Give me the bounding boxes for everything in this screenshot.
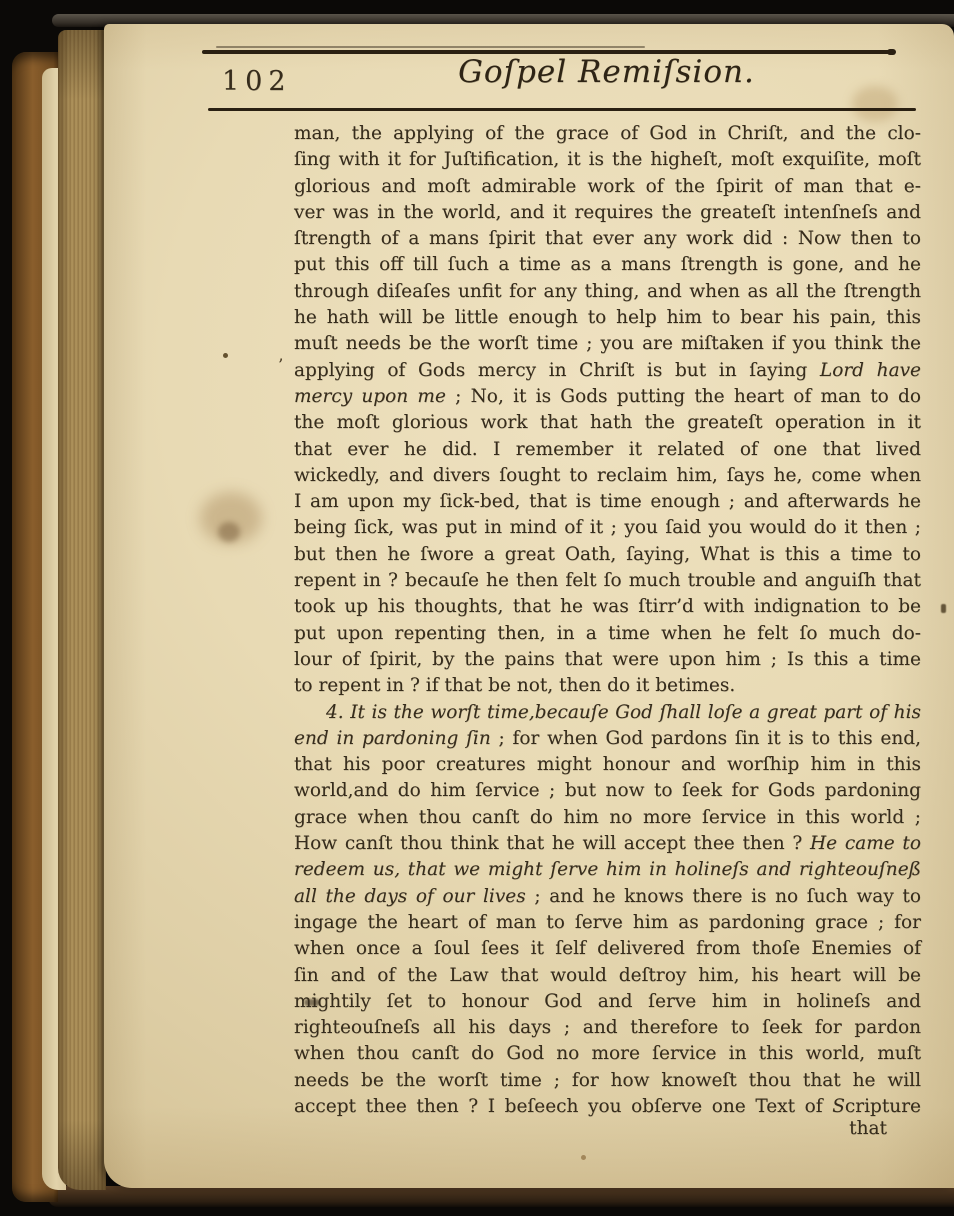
- text-line: glorious and moſt admirable work of the …: [294, 174, 921, 200]
- text-line: repent in ? becauſe he then felt ſo much…: [294, 568, 921, 594]
- text-line: when once a ſoul ſees it ſelf delivered …: [294, 936, 921, 962]
- text-line: man, the applying of the grace of God in…: [294, 121, 921, 147]
- text-line: put this off till ſuch a time as a mans …: [294, 252, 921, 278]
- ink-speck: [223, 353, 228, 358]
- book-board-bottom-edge: [48, 1186, 954, 1207]
- text-line: ingage the heart of man to ſerve him as …: [294, 910, 921, 936]
- book-page: 102 Goſpel Remiſsion. ’ man, the applyin…: [104, 24, 954, 1188]
- text-line: ſing with it for Juſtification, it is th…: [294, 147, 921, 173]
- text-line: mercy upon me ; No, it is Gods putting t…: [294, 384, 921, 410]
- text-line: wickedly, and divers ſought to reclaim h…: [294, 463, 921, 489]
- text-line: grace when thou canſt do him no more ſer…: [294, 805, 921, 831]
- text-line: that his poor creatures might honour and…: [294, 752, 921, 778]
- photographed-book: 102 Goſpel Remiſsion. ’ man, the applyin…: [0, 0, 954, 1216]
- text-line: mightily ſet to honour God and ſerve him…: [294, 989, 921, 1015]
- text-line: 4. It is the worſt time,becauſe God ſhal…: [294, 700, 921, 726]
- text-block: man, the applying of the grace of God in…: [294, 121, 921, 1120]
- text-line: accept thee then ? I beſeech you obſerve…: [294, 1094, 921, 1120]
- text-line: to repent in ? if that be not, then do i…: [294, 673, 921, 699]
- text-line: needs be the worſt time ; for how knoweſ…: [294, 1068, 921, 1094]
- text-line: all the days of our lives ; and he knows…: [294, 884, 921, 910]
- text-line: ſin and of the Law that would deſtroy hi…: [294, 963, 921, 989]
- text-line: the moſt glorious work that hath the gre…: [294, 410, 921, 436]
- text-line: applying of Gods mercy in Chriſt is but …: [294, 358, 921, 384]
- text-line: How canſt thou think that he will accept…: [294, 831, 921, 857]
- text-line: being ſick, was put in mind of it ; you …: [294, 515, 921, 541]
- paper-stain: [852, 86, 898, 122]
- ink-speck: [941, 604, 946, 613]
- text-line: lour of ſpirit, by the pains that were u…: [294, 647, 921, 673]
- text-line: I am upon my ſick-bed, that is time enou…: [294, 489, 921, 515]
- text-line: world,and do him ſervice ; but now to ſe…: [294, 778, 921, 804]
- text-line: took up his thoughts, that he was ſtirr’…: [294, 594, 921, 620]
- paper-stain: [218, 522, 240, 542]
- ink-speck: [581, 1155, 586, 1160]
- header-rule-bottom: [208, 108, 916, 111]
- margin-quote-mark: ’: [278, 356, 283, 376]
- text-line: that ever he did. I remember it related …: [294, 437, 921, 463]
- text-line: ver was in the world, and it requires th…: [294, 200, 921, 226]
- text-line: ſtrength of a mans ſpirit that ever any …: [294, 226, 921, 252]
- text-line: put upon repenting then, in a time when …: [294, 621, 921, 647]
- catchword: that: [294, 1118, 921, 1139]
- text-line: end in pardoning ſin ; for when God pard…: [294, 726, 921, 752]
- text-line: redeem us, that we might ſerve him in ho…: [294, 857, 921, 883]
- running-title: Goſpel Remiſsion.: [294, 54, 919, 90]
- text-line: but then he ſwore a great Oath, ſaying, …: [294, 542, 921, 568]
- text-line: through diſeaſes unfit for any thing, an…: [294, 279, 921, 305]
- page-stack-fore-edge: [58, 30, 106, 1190]
- text-line: righteouſneſs all his days ; and therefo…: [294, 1015, 921, 1041]
- text-line: he hath will be little enough to help hi…: [294, 305, 921, 331]
- text-line: muſt needs be the worſt time ; you are m…: [294, 331, 921, 357]
- text-line: when thou canſt do God no more ſervice i…: [294, 1041, 921, 1067]
- page-number: 102: [222, 66, 292, 97]
